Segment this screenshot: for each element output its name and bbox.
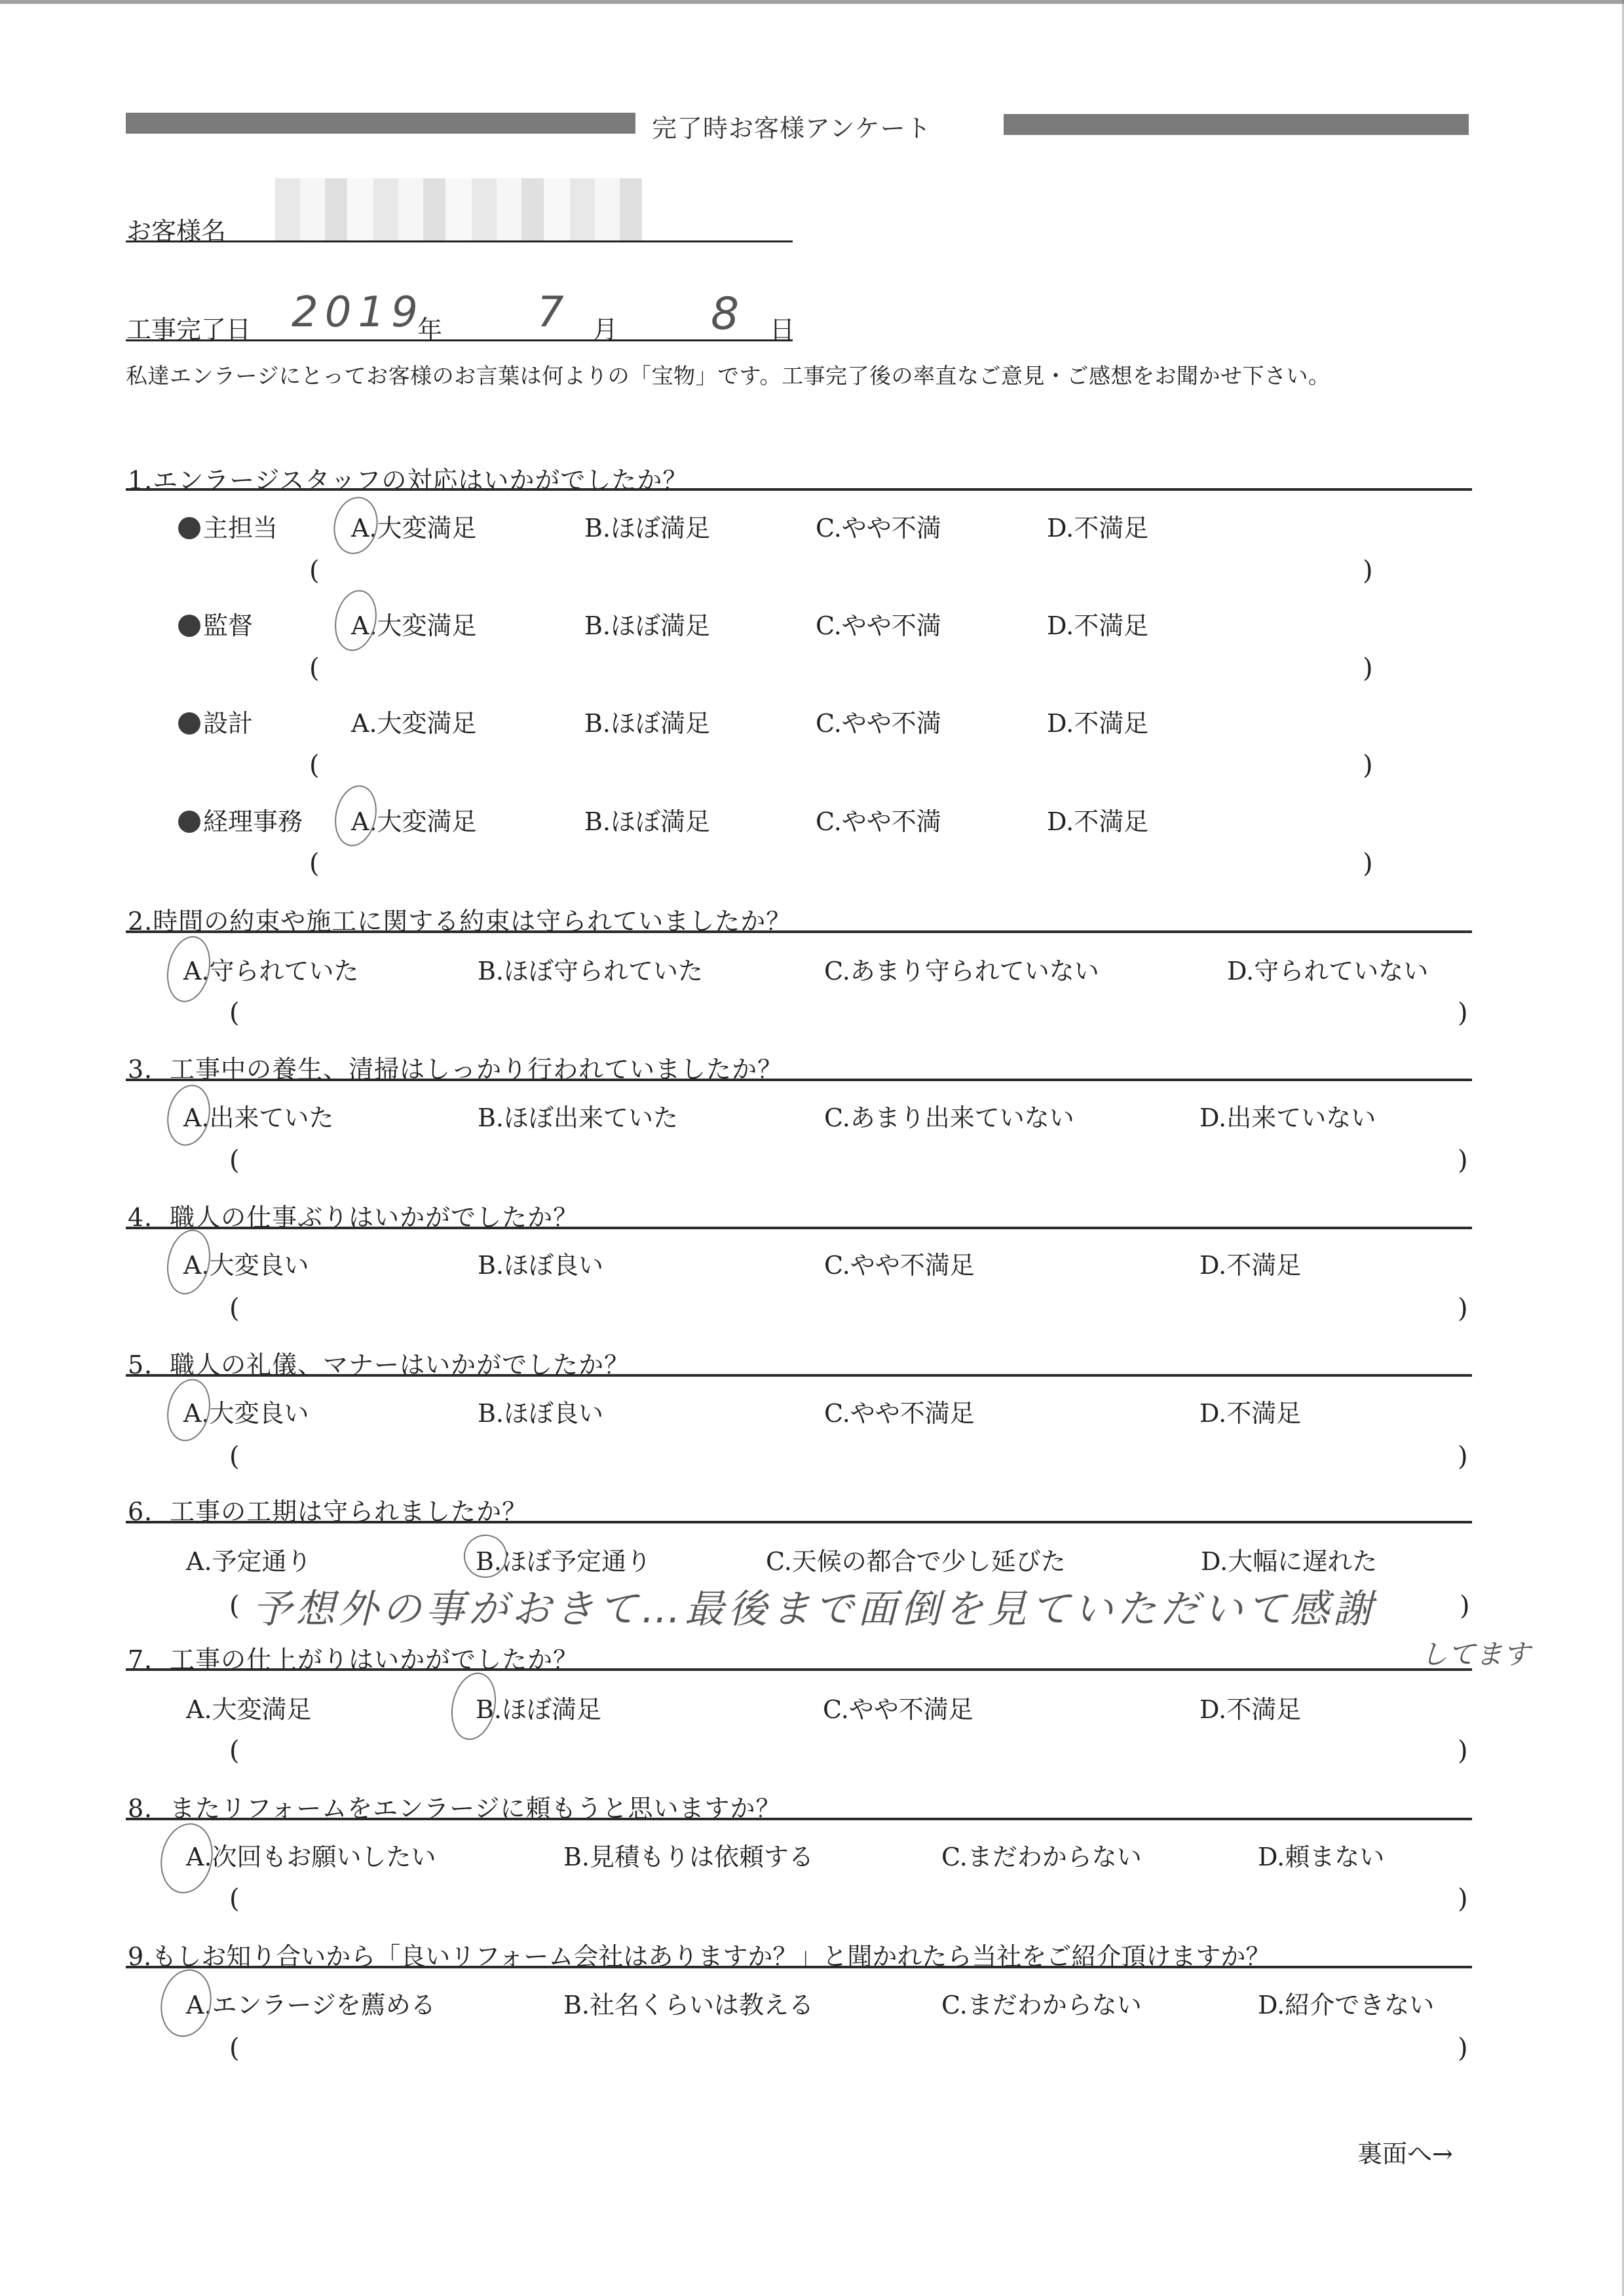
selected-circle-mark — [155, 1964, 217, 2042]
option-b[interactable]: B.見積もりは依頼する — [563, 1837, 814, 1873]
comment-field[interactable] — [249, 1145, 1448, 1176]
comment-field[interactable] — [249, 1736, 1448, 1766]
intro-text: 私達エンラージにとってお客様のお言葉は何よりの「宝物」です。工事完了後の率直なご… — [126, 359, 1331, 390]
comment-close-paren: ) — [1458, 1145, 1468, 1176]
comment-close-paren: ) — [1458, 1884, 1468, 1914]
option-b[interactable]: B.ほぼ出来ていた — [478, 1098, 678, 1134]
date-year-value[interactable]: 2019 — [292, 288, 425, 337]
comment-open-paren: ( — [309, 556, 320, 586]
bullet-icon — [178, 811, 200, 833]
question-1-rule — [126, 488, 1472, 491]
option-a[interactable]: A.次回もお願いしたい — [186, 1837, 436, 1873]
option-c[interactable]: C.まだわからない — [941, 1985, 1142, 2021]
comment-open-paren: ( — [309, 849, 320, 879]
q1-option-b[interactable]: B.ほぼ満足 — [584, 508, 710, 544]
comment-close-paren: ) — [1363, 653, 1373, 683]
option-d[interactable]: D.守られていない — [1227, 951, 1428, 987]
comment-close-paren: ) — [1458, 1736, 1468, 1766]
comment-open-paren: ( — [229, 998, 240, 1028]
option-a[interactable]: A.大変満足 — [186, 1689, 312, 1725]
option-c[interactable]: C.あまり出来ていない — [824, 1098, 1074, 1134]
q1-option-d[interactable]: D.不満足 — [1047, 508, 1148, 544]
scan-edge-top — [0, 0, 1624, 4]
option-d[interactable]: D.不満足 — [1199, 1393, 1301, 1429]
option-a[interactable]: A.エンラージを薦める — [186, 1985, 436, 2021]
selected-circle-mark — [330, 782, 382, 851]
option-c[interactable]: C.天候の都合で少し延びた — [766, 1541, 1066, 1577]
question-rule — [126, 1227, 1472, 1229]
q1-option-b[interactable]: B.ほぼ満足 — [584, 605, 710, 641]
comment-field[interactable] — [249, 1442, 1448, 1472]
comment-open-paren: ( — [229, 1145, 240, 1176]
option-d[interactable]: D.頼まない — [1258, 1837, 1384, 1873]
comment-close-paren: ) — [1363, 849, 1373, 879]
option-c[interactable]: C.まだわからない — [941, 1837, 1142, 1873]
comment-open-paren: ( — [229, 1591, 240, 1621]
comment-field[interactable] — [328, 750, 1356, 780]
option-d[interactable]: D.大幅に遅れた — [1201, 1541, 1377, 1577]
comment-field[interactable] — [328, 556, 1356, 586]
q1-option-d[interactable]: D.不満足 — [1047, 605, 1148, 641]
q1-row-label: 設計 — [178, 703, 253, 739]
selected-circle-mark — [445, 1668, 502, 1744]
selected-circle-mark — [161, 1225, 216, 1298]
selected-circle-mark — [329, 493, 383, 558]
option-d[interactable]: D.不満足 — [1199, 1689, 1301, 1725]
comment-open-paren: ( — [309, 653, 320, 683]
option-d[interactable]: D.不満足 — [1199, 1245, 1301, 1281]
comment-open-paren: ( — [229, 1884, 240, 1914]
question-rule — [126, 1374, 1472, 1377]
comment-open-paren: ( — [229, 2033, 240, 2063]
q1-option-d[interactable]: D.不満足 — [1047, 703, 1148, 739]
next-page-indicator: 裏面へ→ — [1357, 2133, 1453, 2170]
date-day-value[interactable]: 8 — [711, 288, 739, 340]
comment-open-paren: ( — [309, 750, 320, 780]
comment-open-paren: ( — [229, 1442, 240, 1472]
option-c[interactable]: C.やや不満足 — [823, 1689, 973, 1725]
comment-open-paren: ( — [229, 1293, 240, 1324]
option-b[interactable]: B.ほぼ良い — [478, 1245, 603, 1281]
q1-option-a[interactable]: A.大変満足 — [351, 703, 477, 739]
selected-circle-mark — [162, 1375, 216, 1445]
option-c[interactable]: C.あまり守られていない — [824, 951, 1099, 987]
q1-row-label: 主担当 — [178, 508, 278, 544]
q1-row-label: 監督 — [178, 605, 253, 641]
q1-option-c[interactable]: C.やや不満 — [816, 508, 941, 544]
customer-name-field[interactable] — [275, 211, 786, 240]
comment-close-paren: ) — [1458, 998, 1468, 1028]
comment-close-paren: ) — [1458, 1293, 1468, 1324]
comment-open-paren: ( — [229, 1736, 240, 1766]
selected-circle-mark — [162, 1081, 216, 1149]
comment-field[interactable] — [249, 998, 1448, 1028]
q1-option-b[interactable]: B.ほぼ満足 — [584, 703, 710, 739]
question-rule — [126, 1966, 1472, 1968]
bullet-icon — [178, 517, 200, 539]
option-c[interactable]: C.やや不満足 — [824, 1393, 975, 1429]
q1-option-c[interactable]: C.やや不満 — [816, 605, 941, 641]
q1-option-d[interactable]: D.不満足 — [1047, 801, 1148, 837]
comment-tail: してます — [1420, 1633, 1530, 1672]
customer-name-underline — [126, 240, 793, 242]
comment-close-paren: ) — [1458, 2033, 1468, 2063]
question-rule — [126, 930, 1472, 933]
title-bar-left — [126, 113, 635, 134]
page-title: 完了時お客様アンケート — [652, 108, 932, 144]
title-bar-right — [1004, 114, 1469, 135]
comment-field[interactable] — [328, 849, 1356, 879]
selected-circle-mark — [330, 586, 382, 655]
q1-row-label: 経理事務 — [178, 801, 303, 837]
comment-close-paren: ) — [1363, 750, 1373, 780]
q1-option-c[interactable]: C.やや不満 — [816, 703, 941, 739]
comment-field[interactable] — [328, 653, 1356, 683]
option-b[interactable]: B.ほぼ守られていた — [478, 951, 703, 987]
q1-option-b[interactable]: B.ほぼ満足 — [584, 801, 710, 837]
question-rule — [126, 1521, 1472, 1523]
selected-circle-mark — [161, 932, 216, 1006]
comment-close-paren: ) — [1458, 1442, 1468, 1472]
question-rule — [126, 1668, 1472, 1671]
comment-field[interactable]: 予想外の事がおきて…最後まで面倒を見ていただいて感謝 — [252, 1578, 1376, 1634]
option-b[interactable]: B.社名くらいは教える — [563, 1985, 814, 2021]
option-d[interactable]: D.出来ていない — [1199, 1098, 1376, 1134]
option-b[interactable]: B.ほぼ良い — [478, 1393, 603, 1429]
comment-close-paren: ) — [1363, 556, 1373, 586]
bullet-icon — [178, 615, 200, 637]
comment-field[interactable] — [249, 1884, 1448, 1914]
option-d[interactable]: D.紹介できない — [1258, 1985, 1434, 2021]
date-month-value[interactable]: 7 — [537, 288, 564, 337]
bullet-icon — [178, 712, 200, 735]
selected-circle-mark — [155, 1818, 219, 1898]
question-rule — [126, 1818, 1472, 1820]
comment-field[interactable] — [249, 2033, 1448, 2063]
comment-field[interactable] — [249, 1293, 1448, 1324]
completion-date-underline — [126, 339, 793, 341]
option-a[interactable]: A.予定通り — [186, 1541, 312, 1577]
comment-close-paren: ) — [1460, 1591, 1470, 1621]
option-c[interactable]: C.やや不満足 — [824, 1245, 975, 1281]
question-rule — [126, 1079, 1472, 1081]
q1-option-c[interactable]: C.やや不満 — [816, 801, 941, 837]
